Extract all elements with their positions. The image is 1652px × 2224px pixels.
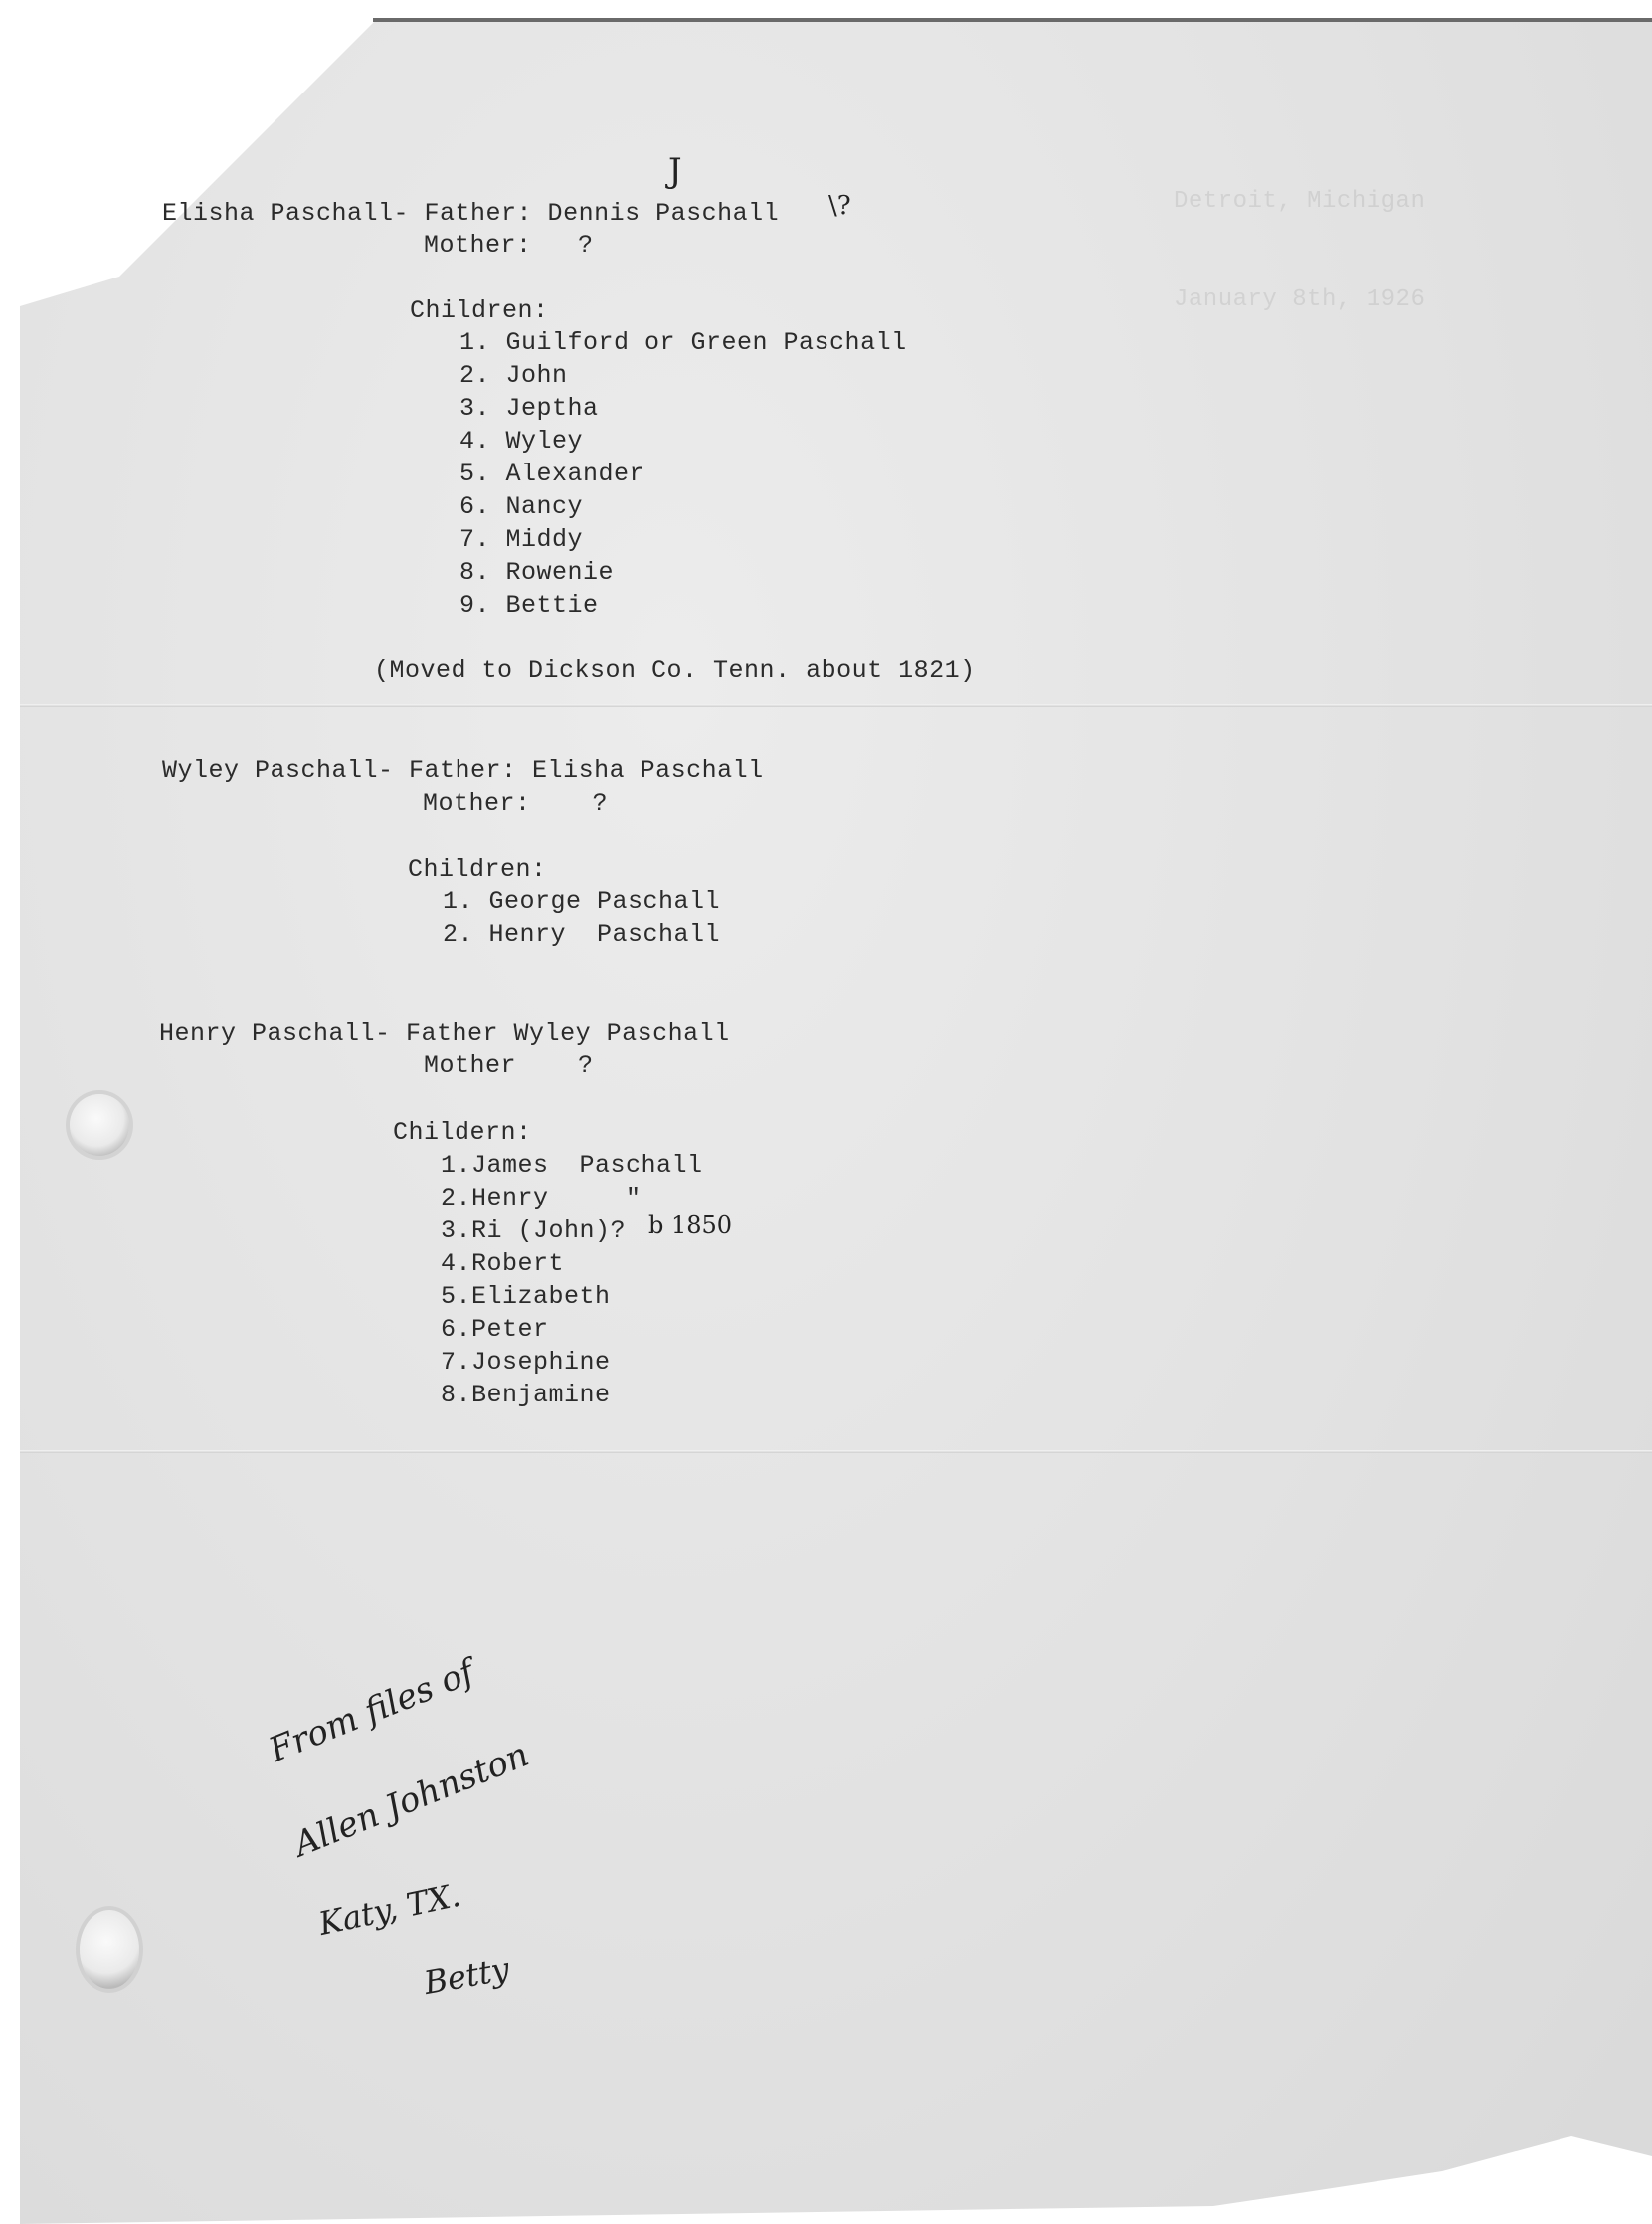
handwritten-check-mark: \? <box>828 191 851 221</box>
child-item: 5.Elizabeth <box>441 1282 611 1311</box>
mother-line: Mother ? <box>424 1051 594 1080</box>
migration-note: (Moved to Dickson Co. Tenn. about 1821) <box>374 656 976 685</box>
child-item: 6. Nancy <box>459 492 583 521</box>
child-item: 5. Alexander <box>459 460 644 488</box>
child-item: 3.Ri (John)? <box>441 1216 626 1245</box>
child-item: 2. Henry Paschall <box>443 920 720 949</box>
person-line: Henry Paschall- Father Wyley Paschall <box>159 1019 730 1048</box>
child-item: 1. George Paschall <box>443 887 720 916</box>
bleed-through-header: Detroit, Michigan January 8th, 1926 <box>1174 119 1425 349</box>
paper-top-edge <box>373 18 1652 22</box>
mother-line: Mother: ? <box>423 789 608 818</box>
child-item: 3. Jeptha <box>459 394 599 423</box>
person-line: Wyley Paschall- Father: Elisha Paschall <box>162 756 764 785</box>
child-item: 2. John <box>459 361 568 390</box>
child-item: 1.James Paschall <box>441 1151 703 1180</box>
punch-hole <box>70 1094 129 1156</box>
child-item: 9. Bettie <box>459 591 599 620</box>
mother-line: Mother: ? <box>424 231 594 260</box>
child-item: 8.Benjamine <box>441 1381 611 1409</box>
handwritten-birth-year: b 1850 <box>648 1211 732 1239</box>
children-label: Childern: <box>393 1118 532 1147</box>
child-item: 1. Guilford or Green Paschall <box>459 328 907 357</box>
child-item: 4.Robert <box>441 1249 564 1278</box>
child-item: 2.Henry " <box>441 1184 642 1212</box>
paper-fold-line <box>20 704 1652 707</box>
paper-fold-line <box>20 1450 1652 1453</box>
child-item: 6.Peter <box>441 1315 549 1344</box>
child-item: 7.Josephine <box>441 1348 611 1377</box>
handwritten-j-mark: J <box>668 151 682 191</box>
person-line: Elisha Paschall- Father: Dennis Paschall <box>162 199 779 228</box>
child-item: 8. Rowenie <box>459 558 614 587</box>
punch-hole <box>80 1910 139 1989</box>
child-item: 7. Middy <box>459 525 583 554</box>
child-item: 4. Wyley <box>459 427 583 456</box>
children-label: Children: <box>410 296 549 325</box>
children-label: Children: <box>408 855 547 884</box>
